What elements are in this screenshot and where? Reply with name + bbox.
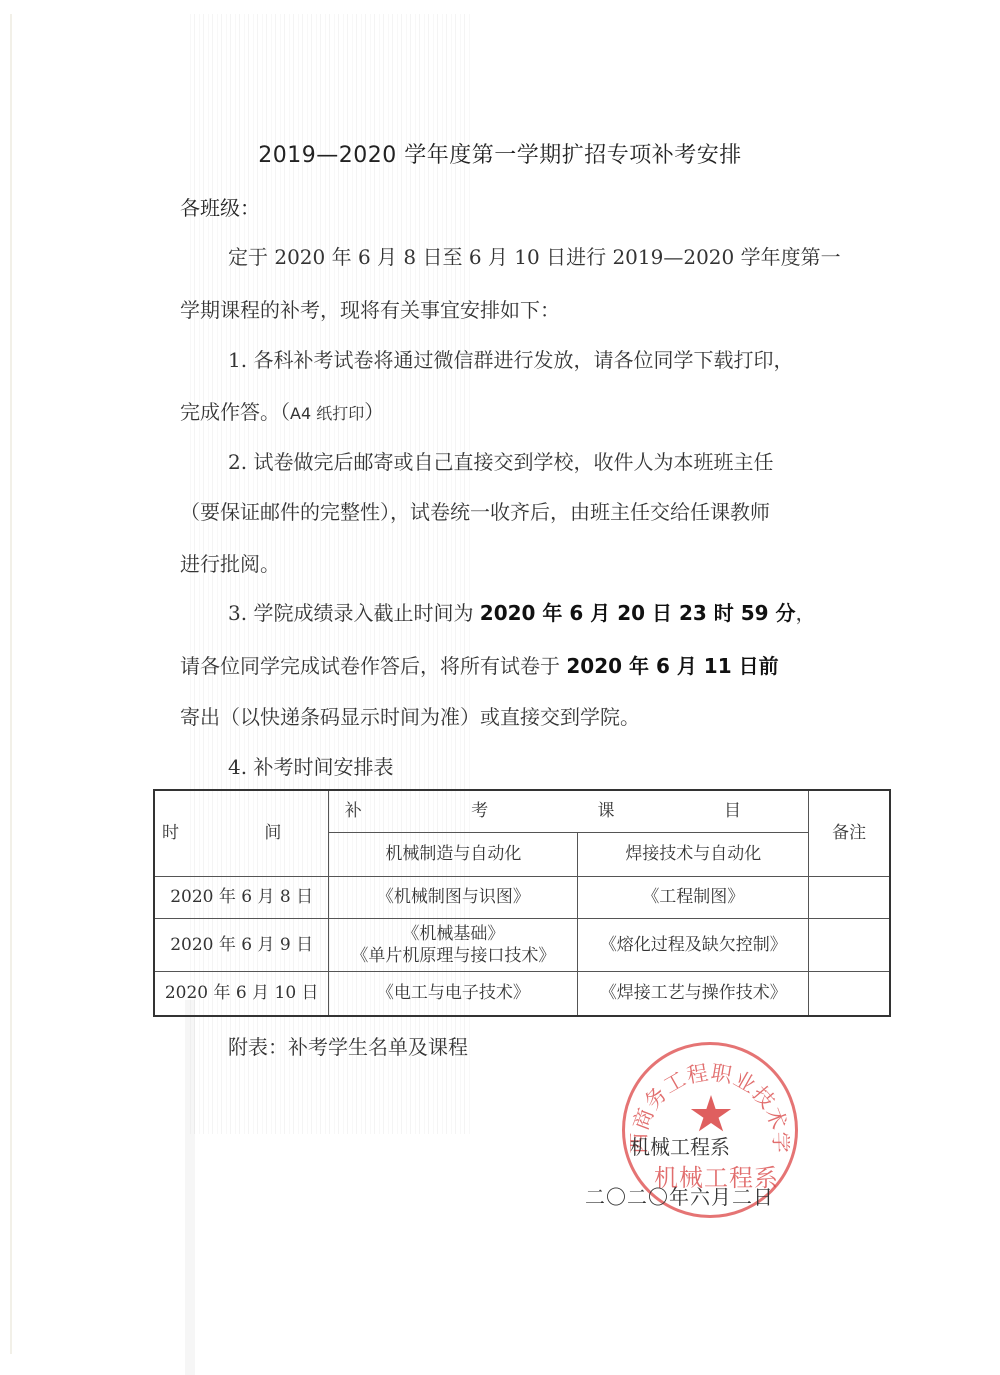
row-remark xyxy=(809,918,890,971)
header-time: 时 间 xyxy=(154,790,329,876)
item-1-text-end: ） xyxy=(364,400,384,424)
course-name: 《机械基础》 xyxy=(329,923,577,945)
item-1-line-1: 1. 各科补考试卷将通过微信群进行发放，请各位同学下载打印， xyxy=(228,344,793,373)
item-3-line-2: 请各位同学完成试卷作答后，将所有试卷于 2020 年 6 月 11 日前 xyxy=(180,650,779,679)
item-3-line-3: 寄出（以快递条码显示时间为准）或直接交到学院。 xyxy=(180,701,640,730)
table-row: 2020 年 6 月 8 日 《机械制图与识图》 《工程制图》 xyxy=(154,876,890,918)
signature-date: 二〇二〇年六月二日 xyxy=(585,1181,774,1210)
table-header-row: 时 间 补 考 课 目 备注 xyxy=(154,790,890,832)
row-welding-course: 《焊接工艺与操作技术》 xyxy=(578,971,809,1016)
item-3-line-1: 3. 学院成绩录入截止时间为 2020 年 6 月 20 日 23 时 59 分… xyxy=(228,597,816,626)
item-2-line-1: 2. 试卷做完后邮寄或自己直接交到学校，收件人为本班班主任 xyxy=(228,446,773,475)
scan-edge xyxy=(10,14,12,1354)
header-courses-label: 补 考 课 目 xyxy=(345,801,793,821)
table-row: 2020 年 6 月 9 日 《机械基础》 《单片机原理与接口技术》 《熔化过程… xyxy=(154,918,890,971)
item-1-text: 完成作答。（ xyxy=(180,400,290,424)
item-1-line-2: 完成作答。（A4 纸打印） xyxy=(180,396,384,425)
item-2-line-3: 进行批阅。 xyxy=(180,548,280,577)
row-date: 2020 年 6 月 9 日 xyxy=(154,918,329,971)
item-1-print-note: A4 纸打印 xyxy=(290,404,364,423)
header-major-mechanical: 机械制造与自动化 xyxy=(329,832,578,876)
course-name: 《单片机原理与接口技术》 xyxy=(329,945,577,967)
document-title: 2019—2020 学年度第一学期扩招专项补考安排 xyxy=(0,138,1000,169)
header-courses: 补 考 课 目 xyxy=(329,790,809,832)
row-welding-course: 《熔化过程及缺欠控制》 xyxy=(578,918,809,971)
item-2-line-2: （要保证邮件的完整性），试卷统一收齐后，由班主任交给任课教师 xyxy=(180,496,770,525)
intro-line-1: 定于 2020 年 6 月 8 日至 6 月 10 日进行 2019—2020 … xyxy=(228,241,841,270)
header-remark: 备注 xyxy=(809,790,890,876)
item-3-punct: ， xyxy=(796,601,816,625)
signature-department: 机械工程系 xyxy=(630,1131,730,1160)
row-remark xyxy=(809,876,890,918)
header-major-welding: 焊接技术与自动化 xyxy=(578,832,809,876)
row-mechanical-course: 《电工与电子技术》 xyxy=(329,971,578,1016)
row-date: 2020 年 6 月 8 日 xyxy=(154,876,329,918)
item-4-line-1: 4. 补考时间安排表 xyxy=(228,751,393,780)
row-mechanical-course: 《机械制图与识图》 xyxy=(329,876,578,918)
intro-line-2: 学期课程的补考，现将有关事宜安排如下： xyxy=(180,294,560,323)
row-welding-course: 《工程制图》 xyxy=(578,876,809,918)
row-date: 2020 年 6 月 10 日 xyxy=(154,971,329,1016)
grade-entry-deadline: 2020 年 6 月 20 日 23 时 59 分 xyxy=(480,601,796,625)
item-3-text: 3. 学院成绩录入截止时间为 xyxy=(228,601,480,625)
scan-artifact xyxy=(185,1000,195,1375)
table-row: 2020 年 6 月 10 日 《电工与电子技术》 《焊接工艺与操作技术》 xyxy=(154,971,890,1016)
schedule-table: 时 间 补 考 课 目 备注 机械制造与自动化 焊接技术与自动化 2020 年 … xyxy=(153,789,891,1017)
header-time-label: 时 间 xyxy=(162,823,321,843)
item-3-text-2: 请各位同学完成试卷作答后，将所有试卷于 xyxy=(180,654,566,678)
row-remark xyxy=(809,971,890,1016)
salutation: 各班级： xyxy=(180,192,260,221)
attachment-note: 附表：补考学生名单及课程 xyxy=(228,1031,468,1060)
submission-deadline: 2020 年 6 月 11 日前 xyxy=(566,654,778,678)
row-mechanical-course: 《机械基础》 《单片机原理与接口技术》 xyxy=(329,918,578,971)
